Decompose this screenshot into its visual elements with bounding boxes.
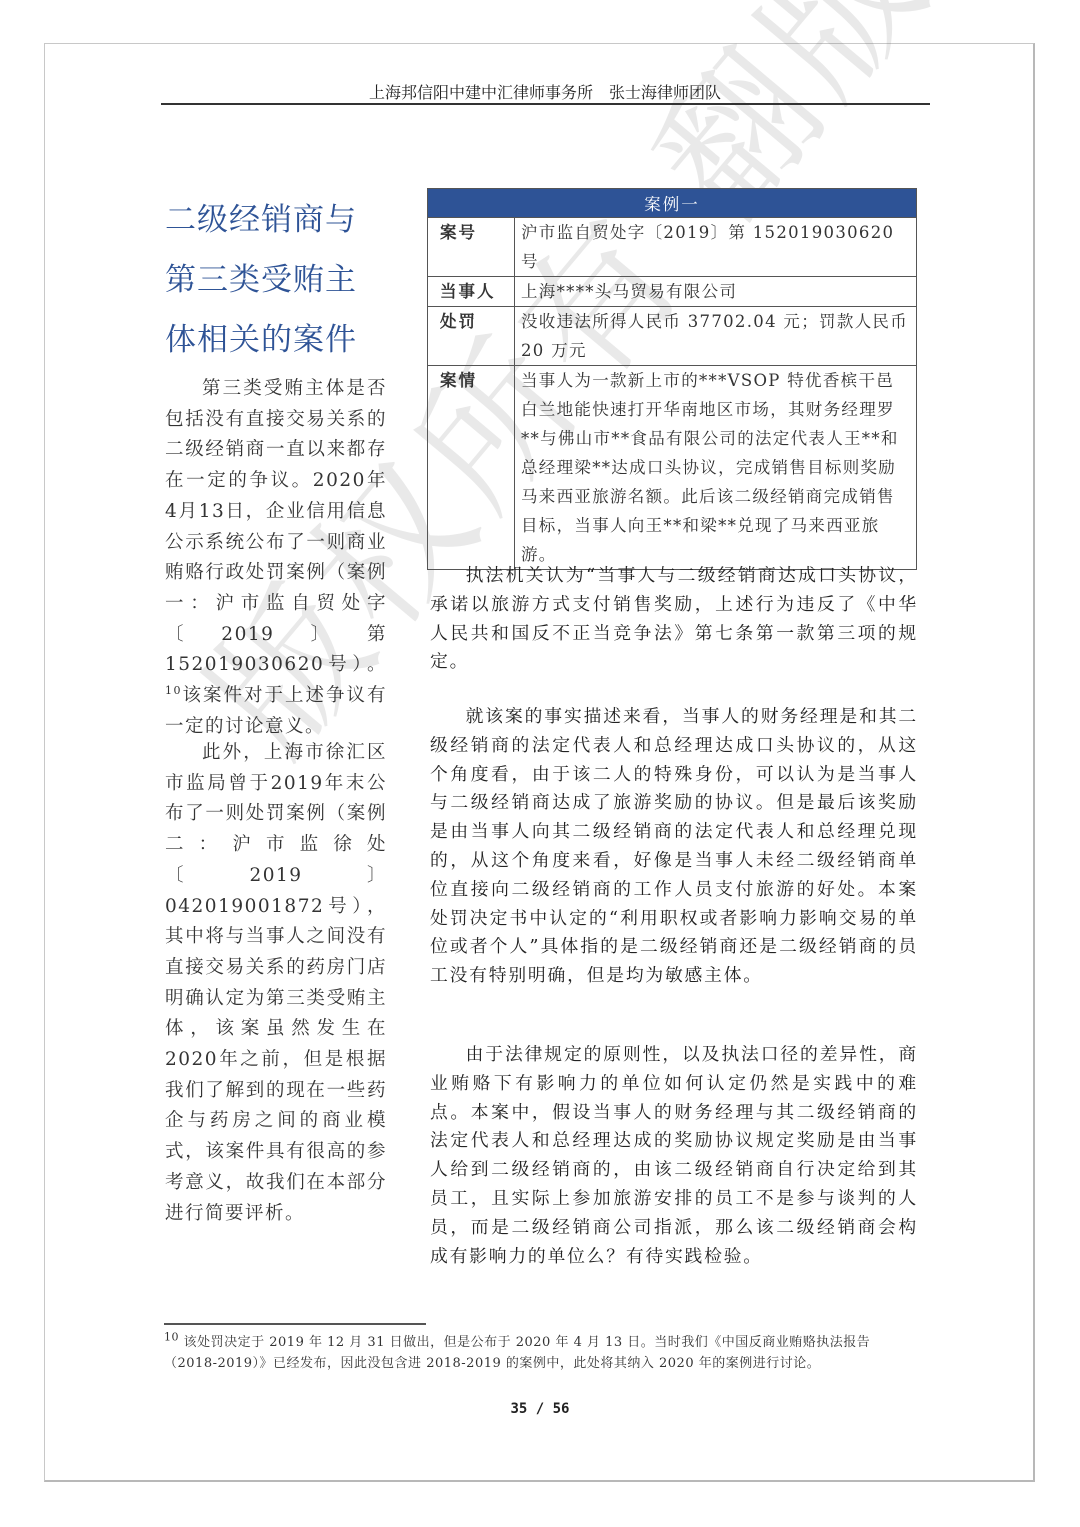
row-label: 案号 [428,218,515,277]
body-paragraph-2: 就该案的事实描述来看，当事人的财务经理是和其二级经销商的法定代表人和总经理达成口… [430,703,918,991]
footnote: 10 该处罚决定于 2019 年 12 月 31 日做出，但是公布于 2020 … [164,1333,916,1374]
body-paragraph-text: 由于法律规定的原则性，以及执法口径的差异性，商业贿赂下有影响力的单位如何认定仍然… [430,1041,918,1271]
table-row: 当事人 上海****头马贸易有限公司 [428,277,917,307]
section-title-line: 二级经销商与 [165,190,405,250]
row-value: 沪市监自贸处字〔2019〕第 152019030620 号 [515,218,917,277]
footnote-separator [164,1323,426,1325]
body-paragraph-3: 由于法律规定的原则性，以及执法口径的差异性，商业贿赂下有影响力的单位如何认定仍然… [430,1041,918,1271]
case-table-title: 案例一 [428,189,917,218]
header-rule [161,103,930,105]
footnote-text: 该处罚决定于 2019 年 12 月 31 日做出，但是公布于 2020 年 4… [164,1335,870,1371]
section-title-line: 第三类受贿主 [165,250,405,310]
row-value: 上海****头马贸易有限公司 [515,277,917,307]
row-value: 没收违法所得人民币 37702.04 元；罚款人民币 20 万元 [515,307,917,366]
section-title: 二级经销商与 第三类受贿主 体相关的案件 [165,190,405,370]
footnote-ref[interactable]: 10 [165,684,182,697]
table-row: 处罚 没收违法所得人民币 37702.04 元；罚款人民币 20 万元 [428,307,917,366]
left-paragraph-1: 第三类受贿主体是否包括没有直接交易关系的二级经销商一直以来都存在一定的争议。20… [165,374,387,742]
page-number: 35 / 56 [0,1401,1080,1417]
table-row: 案情 当事人为一款新上市的***VSOP 特优香槟干邑白兰地能快速打开华南地区市… [428,366,917,570]
row-label: 处罚 [428,307,515,366]
section-title-line: 体相关的案件 [165,310,405,370]
left-paragraph-2-text: 此外，上海市徐汇区市监局曾于2019年末公布了一则处罚案例（案例二：沪市监徐处〔… [165,738,387,1229]
left-paragraph-2: 此外，上海市徐汇区市监局曾于2019年末公布了一则处罚案例（案例二：沪市监徐处〔… [165,738,387,1229]
case-table: 案例一 案号 沪市监自贸处字〔2019〕第 152019030620 号 当事人… [427,188,917,570]
body-paragraph-text: 执法机关认为“当事人与二级经销商达成口头协议，承诺以旅游方式支付销售奖励，上述行… [430,562,918,677]
row-value: 当事人为一款新上市的***VSOP 特优香槟干邑白兰地能快速打开华南地区市场，其… [515,366,917,570]
row-label: 当事人 [428,277,515,307]
body-paragraph-1: 执法机关认为“当事人与二级经销商达成口头协议，承诺以旅游方式支付销售奖励，上述行… [430,562,918,677]
table-row: 案号 沪市监自贸处字〔2019〕第 152019030620 号 [428,218,917,277]
footnote-number: 10 [164,1331,179,1344]
left-paragraph-1-text: 第三类受贿主体是否包括没有直接交易关系的二级经销商一直以来都存在一定的争议。20… [165,378,387,675]
body-paragraph-text: 就该案的事实描述来看，当事人的财务经理是和其二级经销商的法定代表人和总经理达成口… [430,703,918,991]
row-label: 案情 [428,366,515,570]
left-paragraph-1-text-cont: 该案件对于上述争议有一定的讨论意义。 [165,685,387,737]
running-header: 上海邦信阳中建中汇律师事务所 张士海律师团队 [160,80,930,103]
